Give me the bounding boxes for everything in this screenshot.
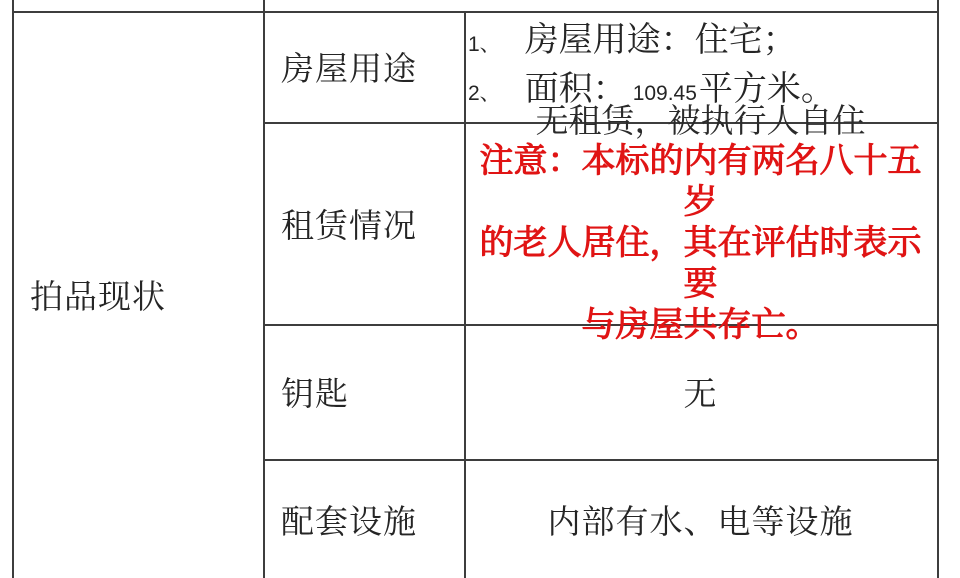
cell-label-lease: 租赁情况 (265, 124, 462, 322)
key-label: 钥匙 (281, 368, 349, 415)
facilities-label: 配套设施 (281, 496, 417, 543)
cell-left-header: 拍品现状 (14, 13, 263, 576)
key-value: 无 (466, 368, 935, 415)
lease-status-text: 无租赁，被执行人自住 (466, 100, 935, 141)
house-use-label: 房屋用途 (281, 43, 417, 90)
cell-content-key: 无 (466, 326, 935, 457)
auction-status-table: 拍品现状 房屋用途 1、房屋用途：住宅； 2、面积：109.45平方米。 租赁情… (0, 0, 960, 578)
lease-content-block: 无租赁，被执行人自住 注意：本标的内有两名八十五岁 的老人居住，其在评估时表示要… (466, 100, 935, 346)
lease-notice-line-1: 注意：本标的内有两名八十五岁 (466, 141, 935, 223)
lease-notice-line-2: 的老人居住，其在评估时表示要 (466, 223, 935, 305)
cell-content-lease: 无租赁，被执行人自住 注意：本标的内有两名八十五岁 的老人居住，其在评估时表示要… (466, 124, 935, 322)
table-border-right (937, 0, 939, 578)
cell-label-facilities: 配套设施 (265, 461, 462, 578)
house-use-line-1: 1、房屋用途：住宅； (468, 18, 935, 67)
facilities-value: 内部有水、电等设施 (466, 496, 935, 543)
cell-label-key: 钥匙 (265, 326, 462, 457)
cell-label-house-use: 房屋用途 (265, 13, 462, 120)
lease-label: 租赁情况 (281, 200, 417, 247)
house-use-text: 房屋用途：住宅； (525, 21, 797, 59)
left-header-label: 拍品现状 (30, 271, 166, 318)
item-number-1: 1、 (468, 33, 501, 56)
cell-content-facilities: 内部有水、电等设施 (466, 461, 935, 578)
